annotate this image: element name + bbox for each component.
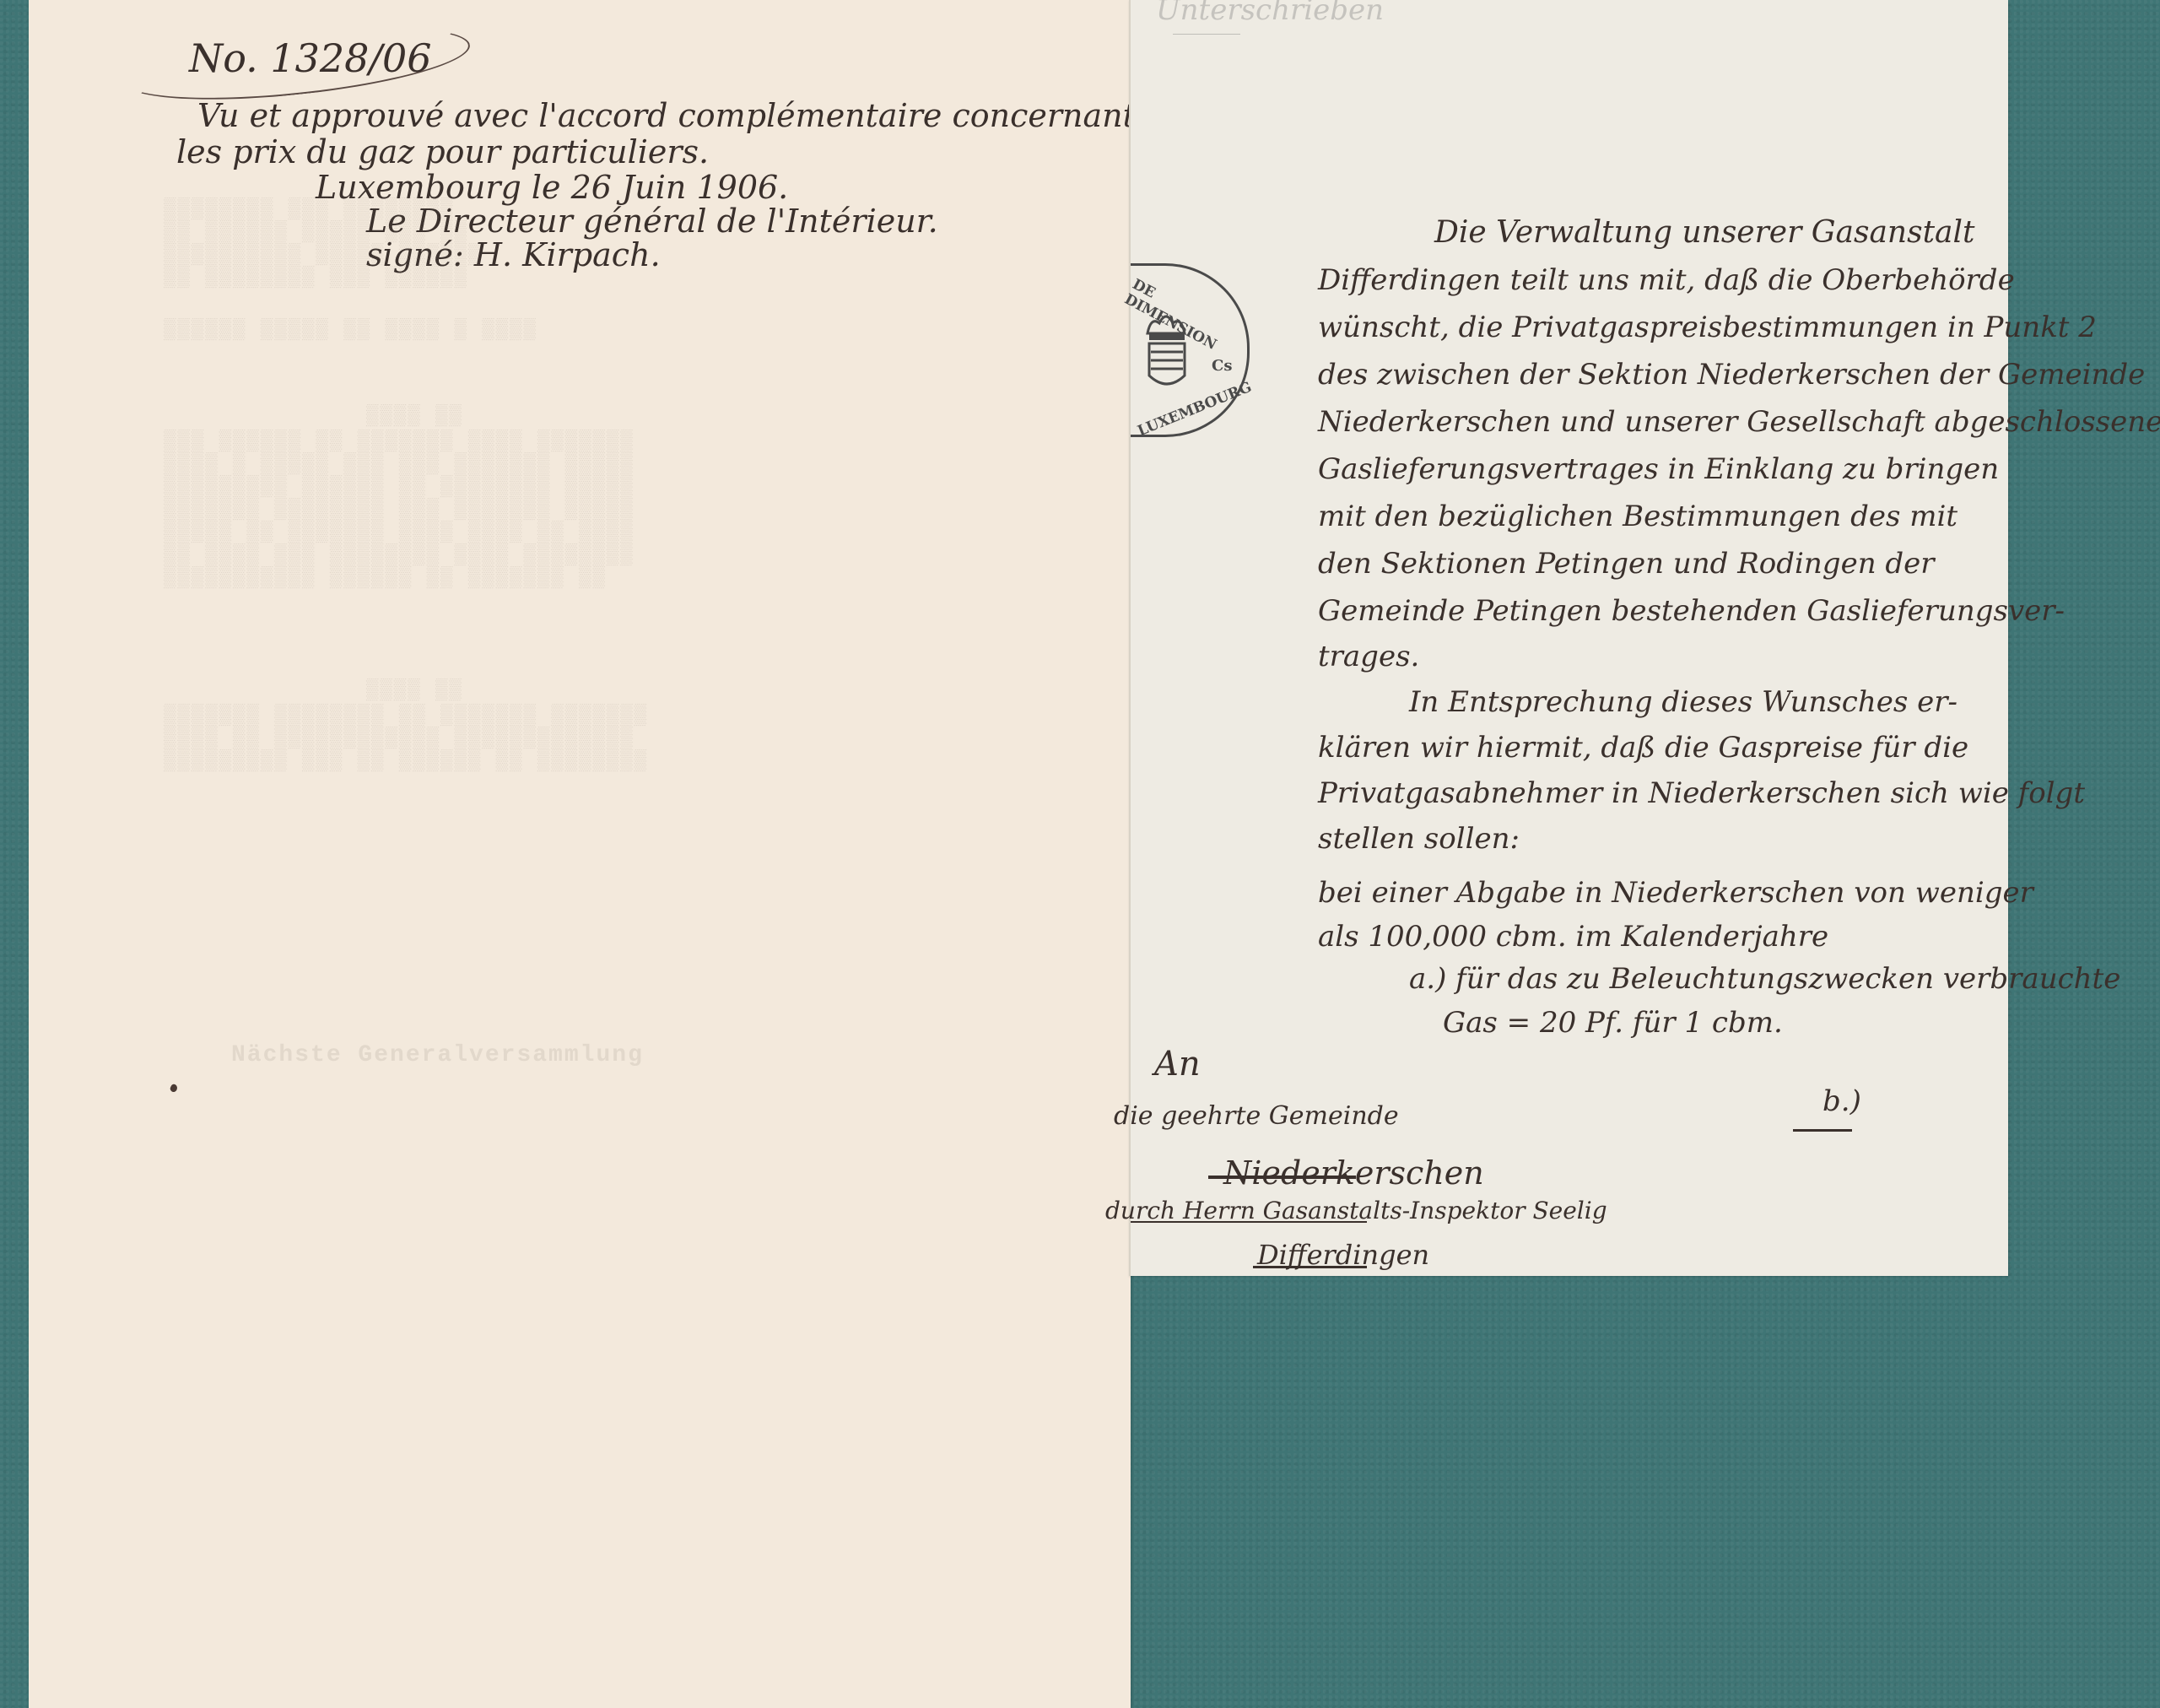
pencil-underline [1173, 34, 1240, 35]
show-through-heading: Nächste Generalversammlung [231, 1042, 644, 1068]
letter-line: wünscht, die Privatgaspreisbestimmungen … [1318, 311, 2097, 344]
item-a-price: Gas = 20 Pf. für 1 cbm. [1443, 1006, 1783, 1040]
show-through-text: ▒▒▒▒▒▒▒▒ ▒▒▒ ▒▒▒▒▒▒▒▒ [164, 198, 454, 221]
condition-line: bei einer Abgabe in Niederkerschen von w… [1318, 876, 2033, 910]
show-through-text: ▒▒▒▒ ▒ ▒▒▒▒▒ ▒▒▒ ▒▒▒ ▒▒▒▒▒▒▒ ▒▒▒▒▒ [164, 453, 634, 476]
letter-line: In Entsprechung dieses Wunsches er- [1409, 685, 1957, 719]
approval-line-2: les prix du gaz pour particuliers. [176, 133, 709, 170]
address-line-2: Niederkerschen [1223, 1154, 1484, 1192]
left-document-page: No. 1328/06 Vu et approuvé avec l'accord… [29, 0, 1131, 1708]
approval-line-1: Vu et approuvé avec l'accord complémenta… [197, 97, 1136, 134]
show-through-text: ▒▒▒▒▒▒▒ ▒▒▒▒▒▒▒▒ ▒▒ ▒▒▒▒▒▒▒ ▒▒▒▒▒▒▒ [164, 705, 648, 727]
letter-line: Privatgasabnehmer in Niederkerschen sich… [1318, 776, 2085, 810]
show-through-text: ▒▒▒▒▒▒▒▒▒▒▒ ▒▒▒▒▒▒ ▒▒ ▒▒▒▒▒▒▒ ▒▒ [164, 567, 607, 590]
show-through-text: ▒▒▒▒▒▒▒▒▒ ▒▒▒ ▒▒ ▒▒▒▒▒▒ ▒▒ ▒▒▒▒▒▒▒▒ [164, 750, 648, 773]
letter-line: Die Verwaltung unserer Gasanstalt [1434, 215, 1975, 250]
letter-line: den Sektionen Petingen und Rodingen der [1318, 547, 1935, 581]
show-through-text: ▒▒▒▒ ▒▒ ▒▒▒▒▒▒▒▒▒▒▒▒ ▒▒▒▒▒▒▒▒▒▒▒▒▒ [164, 727, 634, 750]
ink-speck [169, 1084, 178, 1094]
show-through-text: ▒▒▒▒ ▒▒ [366, 679, 463, 702]
show-through-text: ▒▒▒▒ ▒▒ [366, 405, 463, 428]
address-line-1: die geehrte Gemeinde [1114, 1101, 1399, 1131]
address-underline [1208, 1176, 1356, 1179]
show-through-text: ▒▒▒▒▒ ▒▒ ▒▒▒▒▒▒▒ ▒▒▒▒ ▒▒▒▒ ▒▒ ▒▒▒▒ [164, 522, 634, 544]
letter-line: stellen sollen: [1318, 822, 1520, 856]
crown-crest-icon [1142, 308, 1190, 397]
letter-line: Niederkerschen und unserer Gesellschaft … [1318, 405, 2160, 439]
letter-line: Gemeinde Petingen bestehenden Gaslieferu… [1318, 594, 2065, 628]
item-b-marker: b.) [1822, 1084, 1861, 1118]
condition-line: als 100,000 cbm. im Kalenderjahre [1318, 920, 1828, 954]
show-through-text: ▒▒▒ ▒▒▒▒▒▒ ▒▒ ▒▒▒▒▒▒▒ ▒▒▒▒ ▒▒▒▒▒▒▒ [164, 430, 634, 453]
address-underline [1131, 1221, 1367, 1223]
show-through-text: ▒▒▒▒▒▒▒▒▒▒ ▒▒▒▒▒ ▒▒▒▒▒▒ [164, 244, 482, 267]
show-through-text: ▒▒▒▒▒▒▒ ▒▒▒▒▒▒▒▒ ▒▒▒ ▒▒▒▒▒▒▒ ▒▒▒▒▒ [164, 499, 634, 522]
stamp-mark: Cs [1212, 357, 1232, 375]
letter-line: mit den bezüglichen Bestimmungen des mit [1318, 500, 1957, 533]
show-through-text: ▒▒▒▒▒▒▒▒▒ ▒▒▒▒▒▒ ▒▒ ▒▒▒▒▒▒▒▒ ▒▒▒▒▒ [164, 476, 634, 499]
pencil-note: Unterschrieben [1156, 0, 1384, 27]
letter-line: klären wir hiermit, daß die Gaspreise fü… [1318, 731, 1968, 765]
show-through-text: ▒▒ ▒▒▒▒▒▒ ▒▒▒▒▒ ▒▒▒ ▒▒ [164, 221, 468, 244]
reference-number: No. 1328/06 [189, 35, 431, 81]
show-through-text: ▒▒ ▒▒▒▒▒▒▒▒ ▒▒▒ ▒▒▒▒▒▒ [164, 267, 468, 289]
letter-line: trages. [1318, 640, 1419, 673]
letter-line: Gaslieferungsvertrages in Einklang zu br… [1318, 452, 1999, 486]
right-document-page: Unterschrieben Die Verwaltung unserer Ga… [1129, 0, 2008, 1276]
show-through-text: ▒▒ ▒▒▒▒ ▒▒▒ ▒▒▒▒▒▒▒▒ ▒▒▒▒ ▒▒▒▒▒▒▒▒ [164, 544, 634, 567]
letter-line: des zwischen der Sektion Niederkerschen … [1318, 358, 2145, 392]
item-a-line: a.) für das zu Beleuchtungszwecken verbr… [1409, 962, 2120, 996]
address-underline [1253, 1266, 1367, 1268]
item-b-underline [1793, 1129, 1852, 1132]
show-through-text: ▒▒▒▒▒▒ ▒▒▒▒▒ ▒▒ ▒▒▒▒ ▒ ▒▒▒▒ [164, 319, 537, 342]
address-to: An [1154, 1045, 1201, 1084]
letter-line: Differdingen teilt uns mit, daß die Ober… [1318, 263, 2015, 297]
